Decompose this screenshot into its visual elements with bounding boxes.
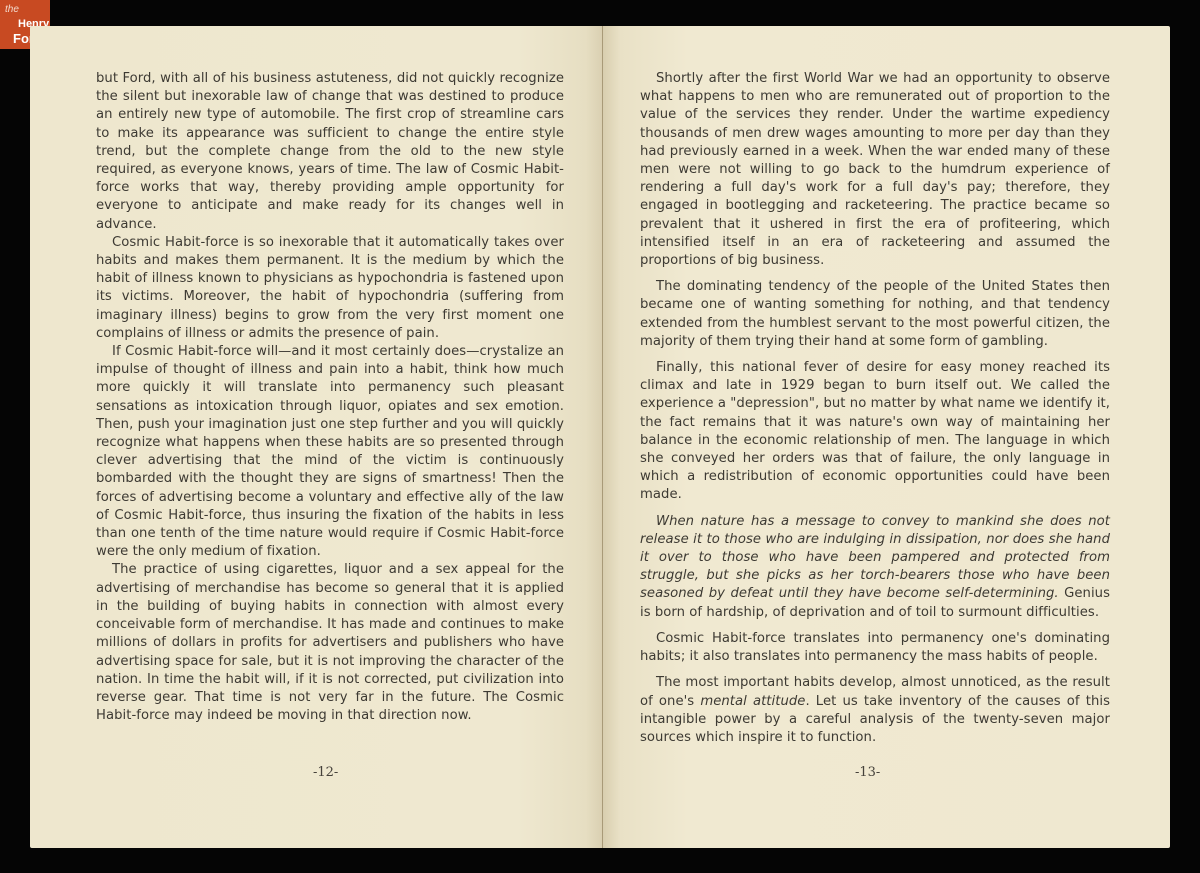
right-page: Shortly after the first World War we had… [603,26,1170,848]
paragraph: Shortly after the first World War we had… [640,70,1110,270]
left-page: but Ford, with all of his business astut… [30,26,603,848]
emphasis-mental-attitude: mental attitude [700,694,805,709]
logo-the: the [5,5,19,15]
italic-paragraph: When nature has a message to convey to m… [640,513,1110,622]
paragraph: The most important habits develop, almos… [640,674,1110,747]
paragraph: Finally, this national fever of desire f… [640,359,1110,505]
left-page-body: but Ford, with all of his business astut… [96,70,564,725]
paragraph: The practice of using cigarettes, liquor… [96,561,564,725]
italic-text: When nature has a message to convey to m… [640,514,1110,602]
paragraph: but Ford, with all of his business astut… [96,70,564,234]
paragraph: The dominating tendency of the people of… [640,278,1110,351]
page-number: -12- [313,765,338,780]
right-page-body: Shortly after the first World War we had… [640,70,1110,755]
page-number: -13- [855,765,880,780]
paragraph: Cosmic Habit-force is so inexorable that… [96,234,564,343]
paragraph: Cosmic Habit-force translates into perma… [640,630,1110,666]
paragraph: If Cosmic Habit-force will—and it most c… [96,343,564,561]
